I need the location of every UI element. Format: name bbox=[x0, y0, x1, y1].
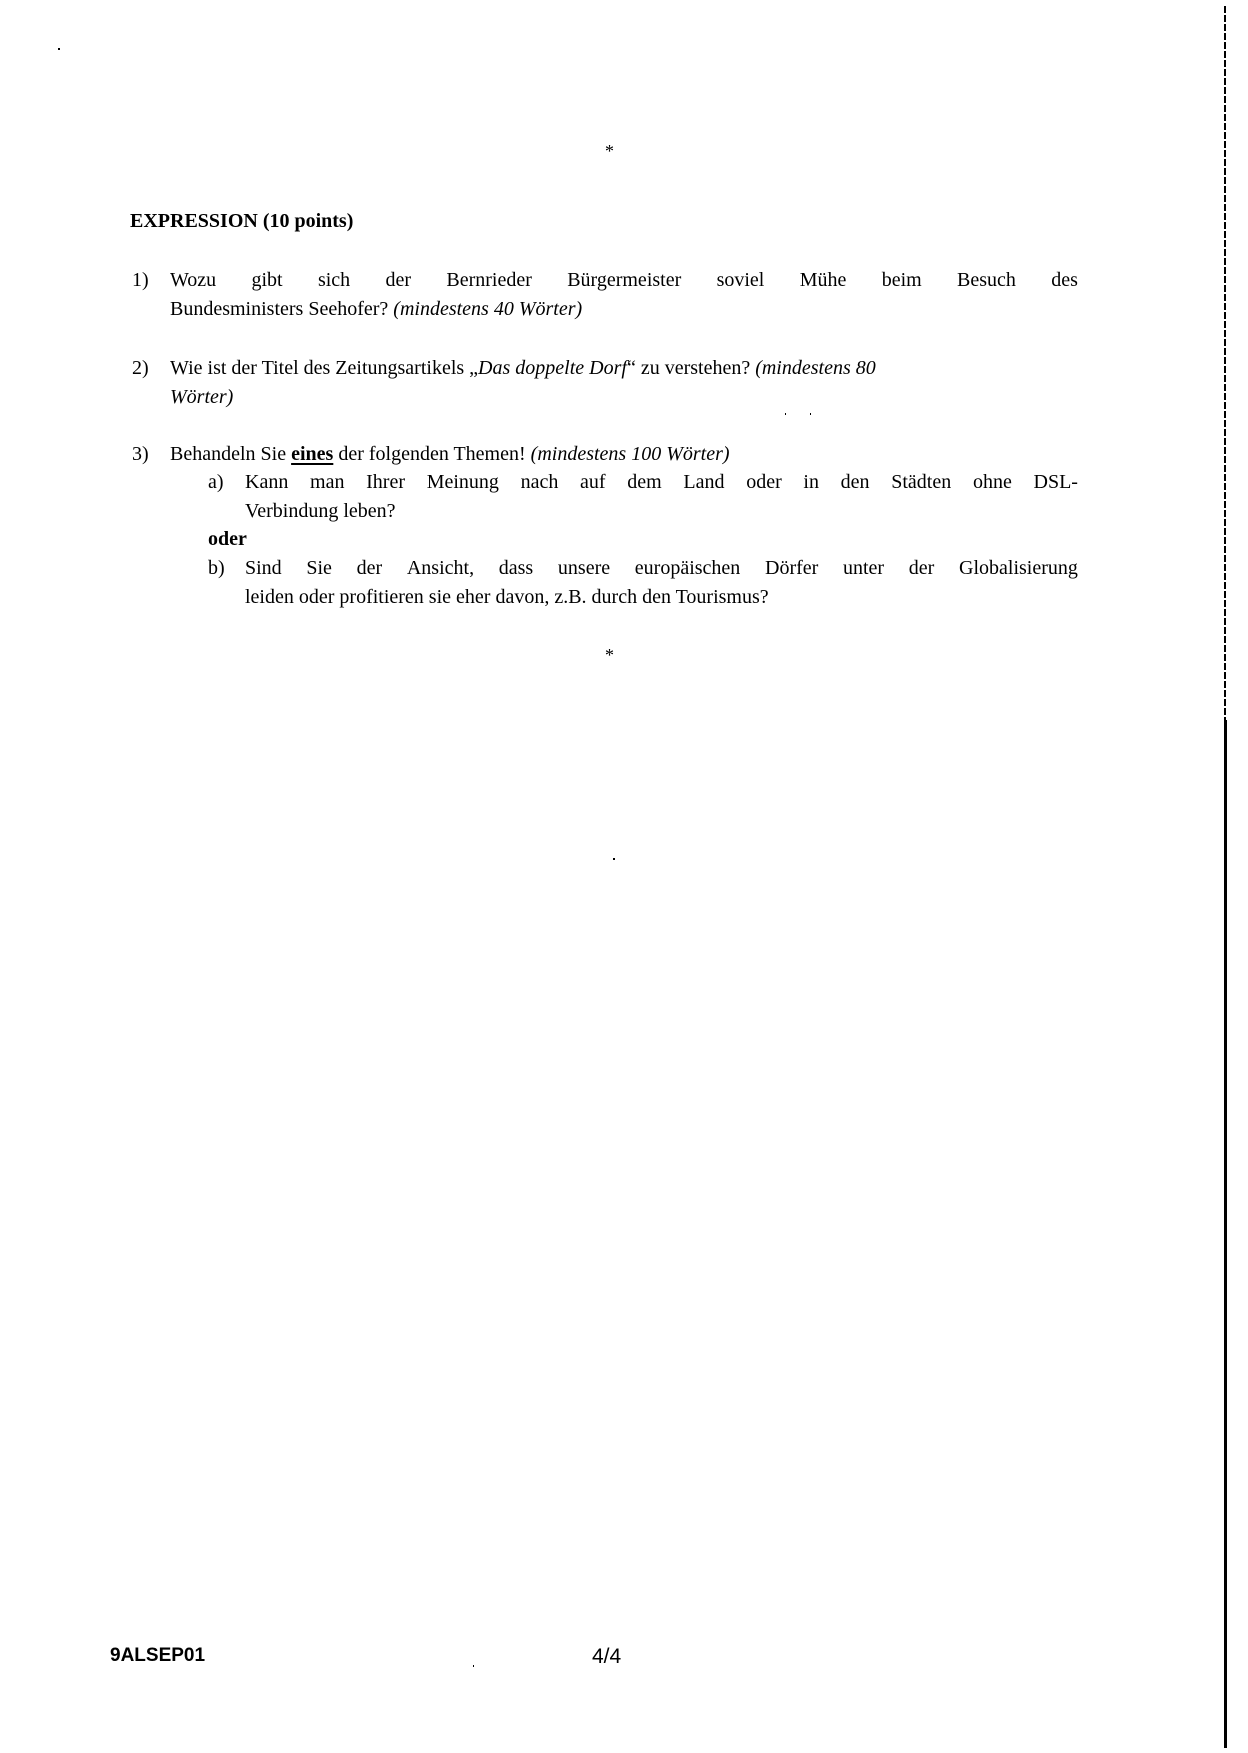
option-connector: oder bbox=[208, 525, 247, 554]
section-heading: EXPRESSION (10 points) bbox=[130, 209, 353, 233]
word: man bbox=[310, 468, 344, 497]
question-number: 1) bbox=[132, 266, 149, 295]
word: gibt bbox=[251, 266, 282, 295]
question-1-line-1: Wozu gibt sich der Bernrieder Bürgermeis… bbox=[170, 266, 1078, 295]
word: Dörfer bbox=[765, 554, 818, 583]
scan-speck bbox=[785, 413, 786, 415]
word: der bbox=[385, 266, 411, 295]
word: nach bbox=[521, 468, 559, 497]
word: der bbox=[357, 554, 383, 583]
word: Besuch bbox=[957, 266, 1016, 295]
word: der bbox=[909, 554, 935, 583]
emphasis-underlined: eines bbox=[291, 443, 333, 465]
option-label-a: a) bbox=[208, 468, 224, 497]
question-number: 2) bbox=[132, 354, 149, 383]
scan-edge-line-solid bbox=[1224, 720, 1227, 1748]
word: dem bbox=[627, 468, 661, 497]
option-a-line-2: Verbindung leben? bbox=[245, 497, 396, 526]
word-count-note: Wörter) bbox=[170, 386, 233, 408]
word: Mühe bbox=[800, 266, 847, 295]
option-label-b: b) bbox=[208, 554, 225, 583]
scan-speck bbox=[810, 413, 811, 415]
question-text: Wie ist der Titel des Zeitungsartikels „ bbox=[170, 357, 478, 379]
word: in bbox=[803, 468, 819, 497]
word: unsere bbox=[558, 554, 610, 583]
scan-speck bbox=[613, 858, 615, 860]
word: Wozu bbox=[170, 266, 216, 295]
bottom-separator-asterisk: * bbox=[605, 646, 614, 664]
word: sich bbox=[318, 266, 350, 295]
word: Bernrieder bbox=[446, 266, 532, 295]
word: Kann bbox=[245, 468, 288, 497]
word: ohne bbox=[973, 468, 1012, 497]
question-text: Bundesministers Seehofer? bbox=[170, 298, 393, 320]
word: Sind bbox=[245, 554, 282, 583]
word: Ansicht, bbox=[407, 554, 474, 583]
word: unter bbox=[843, 554, 884, 583]
word: des bbox=[1051, 266, 1078, 295]
word: oder bbox=[746, 468, 782, 497]
article-title: Das doppelte Dorf bbox=[478, 357, 627, 379]
word: DSL- bbox=[1034, 468, 1078, 497]
word: dass bbox=[499, 554, 533, 583]
question-1-line-2: Bundesministers Seehofer? (mindestens 40… bbox=[170, 295, 582, 324]
word: den bbox=[841, 468, 870, 497]
page-number: 4/4 bbox=[592, 1646, 621, 1668]
option-a-line-1: Kann man Ihrer Meinung nach auf dem Land… bbox=[245, 468, 1078, 497]
scan-speck bbox=[473, 1665, 474, 1667]
word: Land bbox=[683, 468, 724, 497]
document-code: 9ALSEP01 bbox=[110, 1645, 205, 1667]
word: Städten bbox=[891, 468, 951, 497]
question-text: Behandeln Sie bbox=[170, 443, 291, 465]
word: soviel bbox=[717, 266, 765, 295]
question-text: “ zu verstehen? bbox=[627, 357, 755, 379]
word: europäischen bbox=[635, 554, 741, 583]
question-2-line-2: Wörter) bbox=[170, 383, 233, 412]
question-number: 3) bbox=[132, 440, 149, 469]
question-3-line-1: Behandeln Sie eines der folgenden Themen… bbox=[170, 440, 730, 469]
word-count-note: (mindestens 40 Wörter) bbox=[393, 298, 582, 320]
word: Sie bbox=[306, 554, 332, 583]
word: auf bbox=[580, 468, 606, 497]
word-count-note: (mindestens 80 bbox=[755, 357, 876, 379]
word: Meinung bbox=[427, 468, 499, 497]
option-b-line-2: leiden oder profitieren sie eher davon, … bbox=[245, 583, 769, 612]
option-b-line-1: Sind Sie der Ansicht, dass unsere europä… bbox=[245, 554, 1078, 583]
word: Globalisierung bbox=[959, 554, 1078, 583]
word: Bürgermeister bbox=[567, 266, 681, 295]
word: Ihrer bbox=[366, 468, 405, 497]
question-2-line-1: Wie ist der Titel des Zeitungsartikels „… bbox=[170, 354, 876, 383]
word: beim bbox=[882, 266, 922, 295]
question-text: der folgenden Themen! bbox=[333, 443, 530, 465]
word-count-note: (mindestens 100 Wörter) bbox=[531, 443, 730, 465]
top-separator-asterisk: * bbox=[605, 142, 614, 160]
scan-speck bbox=[58, 48, 60, 50]
